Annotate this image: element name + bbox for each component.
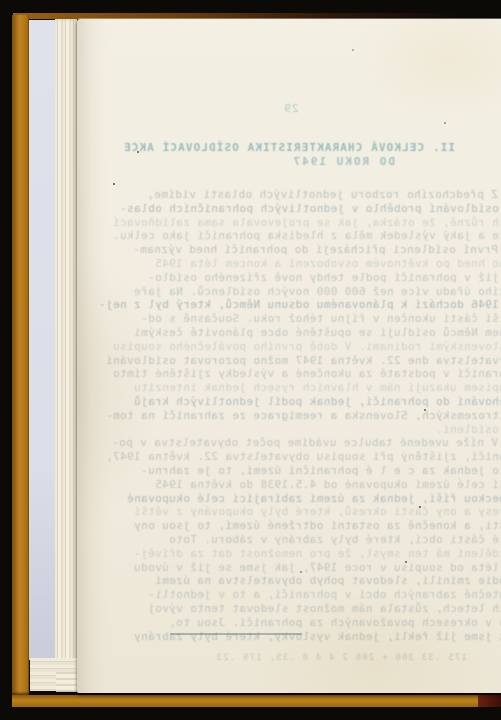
dust-speck bbox=[419, 506, 421, 508]
body-text-bleed: Z předchozího rozboru jednotlivých oblas… bbox=[90, 188, 501, 643]
text-line-bleed: vých letech, zůstala nám možnost sledova… bbox=[90, 602, 501, 616]
text-line-bleed: Německou říší, jednak za území zabírajíc… bbox=[90, 492, 501, 506]
text-line-bleed: větší části ukončen v říjnu téhož roku. … bbox=[90, 312, 501, 326]
dust-speck bbox=[137, 151, 139, 153]
dust-speck bbox=[300, 571, 302, 573]
dust-speck bbox=[405, 561, 407, 563]
text-line-bleed: studie zmínili, sledovat pohyb obyvatels… bbox=[90, 574, 501, 588]
text-line-bleed: První osídlenci přicházejí do pohraničí … bbox=[90, 243, 501, 257]
book-cover-spine-edge bbox=[12, 15, 29, 707]
underline-mark bbox=[170, 633, 302, 635]
text-line-bleed: tech různě, že otázka, jak se projevoval… bbox=[90, 216, 501, 230]
book-cover-bottom-edge bbox=[12, 695, 501, 707]
heading-line2-bleed: DO ROKU 1947 bbox=[305, 155, 395, 168]
text-line-bleed: části, a konečně za ostatní odtržené úze… bbox=[90, 519, 501, 533]
text-line-bleed: jící celé území okupované od 4.5.1938 do… bbox=[90, 478, 501, 492]
text-line-bleed: pohraničí v podstatě za ukončené a výsle… bbox=[90, 367, 501, 381]
book-cover-corner-shadow bbox=[478, 695, 501, 707]
book-scan: 29 II. CELKOVÁ CHARAKTERISTIKA OSÍDLOVAC… bbox=[0, 0, 501, 720]
text-line-bleed: stěhování do pohraničí, jednak podíl jed… bbox=[90, 395, 501, 409]
flyleaf-edge bbox=[29, 20, 56, 660]
text-line-bleed: vnitrozemských, Slovenska a reemigrace z… bbox=[90, 409, 501, 423]
heading-line1-bleed: II. CELKOVÁ CHARAKTERISTIKA OSÍDLOVACÍ A… bbox=[99, 141, 479, 154]
text-line-bleed: skutečně zabraných obcí v pohraničí, a t… bbox=[90, 588, 501, 602]
text-line-bleed: rozdělení má ten smysl, že pro nemožnost… bbox=[90, 547, 501, 561]
dust-speck bbox=[444, 122, 446, 124]
dust-speck bbox=[113, 183, 115, 185]
text-line-bleed: Z předchozího rozboru jednotlivých oblas… bbox=[90, 188, 501, 202]
dust-speck bbox=[352, 49, 354, 51]
text-line-bleed: že osídlování proběhlo v jednotlivých po… bbox=[90, 202, 501, 216]
page-stack-spine bbox=[55, 19, 77, 691]
text-line-bleed: to osídlení. bbox=[90, 423, 501, 437]
text-line-bleed: hraničí, zjištěný při soupisu obyvatelst… bbox=[90, 450, 501, 464]
text-line-bleed: jak jsme již řekli, jednak vyslovky, kte… bbox=[90, 630, 501, 644]
page-number-bleed: 29 bbox=[273, 102, 309, 115]
book-page: 29 II. CELKOVÁ CHARAKTERISTIKA OSÍDLOVAC… bbox=[77, 19, 501, 693]
text-line-bleed: malé části obcí, které byly zabrány v zá… bbox=[90, 533, 501, 547]
text-line-bleed: soupisem ukazují nám v hlavních rysech j… bbox=[90, 381, 501, 395]
text-line-bleed: i slovenskými rodinami. V době prvního p… bbox=[90, 340, 501, 354]
text-line-bleed: je již v pohraničí podle tehdy nově zříz… bbox=[90, 271, 501, 285]
text-line-bleed: jen v okresech považovaných za pohraničí… bbox=[90, 616, 501, 630]
text-line-bleed: a to jednak za c e l é pohraniční území,… bbox=[90, 464, 501, 478]
text-line-bleed: sunem Němců osídlují se opuštěné obce pl… bbox=[90, 326, 501, 340]
footer-figures-bleed: 175 .33 306 + 206 2 4 4 8 .35, 179 .23 bbox=[117, 653, 467, 663]
text-line-bleed: akce a jaký výsledek měla z hlediska poh… bbox=[90, 229, 501, 243]
text-line-bleed: r. 1946 dochází k plánovanému odsunu Něm… bbox=[90, 298, 501, 312]
text-line-bleed: ného hned po květnovém osvobození a konc… bbox=[90, 257, 501, 271]
text-line-bleed: vacího úřadu více než 600 000 nových osí… bbox=[90, 285, 501, 299]
dust-speck bbox=[424, 409, 426, 411]
text-line-bleed: V níže uvedené tabulce uvádíme počet oby… bbox=[90, 436, 501, 450]
text-line-bleed: obyvatelstva dne 22. května 1947 možno p… bbox=[90, 354, 501, 368]
text-line-bleed: ší léta od soupisu v roce 1947, jak jsme… bbox=[90, 561, 501, 575]
text-line-bleed: okresy a ony části okresů, které byly ok… bbox=[90, 505, 501, 519]
